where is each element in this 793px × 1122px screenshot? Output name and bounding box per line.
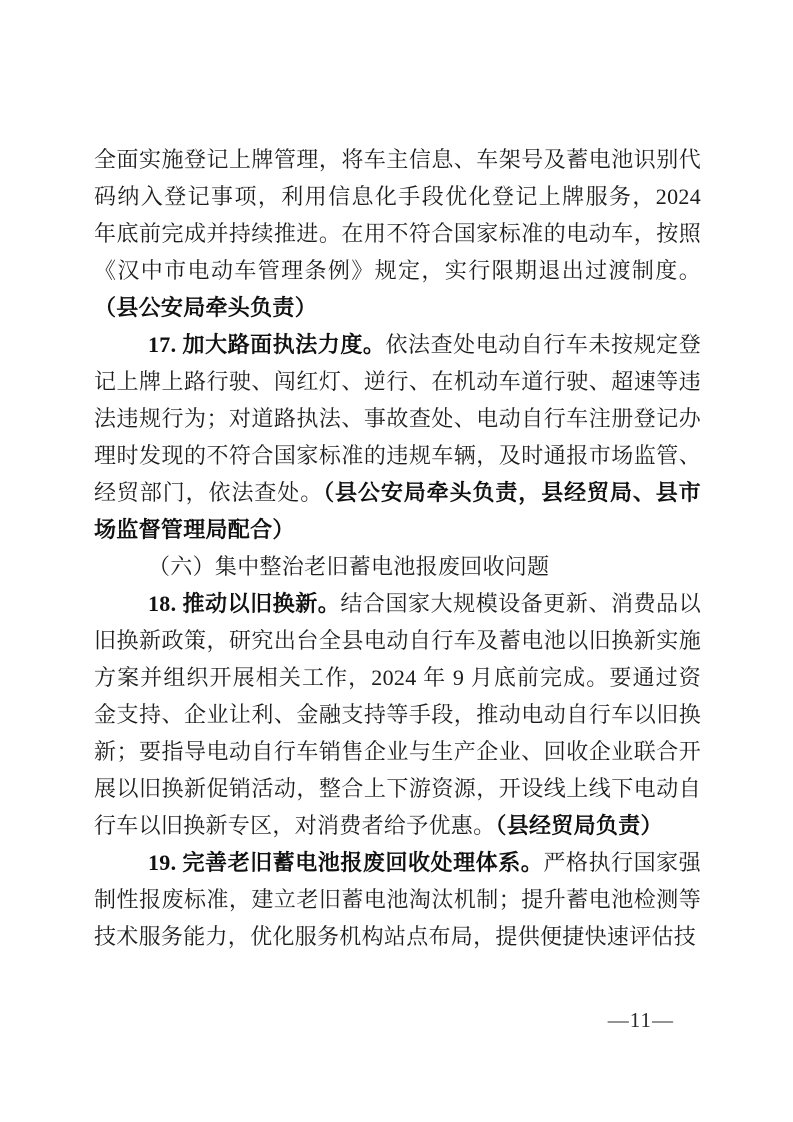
paragraph-continuation: 全面实施登记上牌管理，将车主信息、车架号及蓄电池识别代码纳入登记事项，利用信息化… [94,141,701,326]
item-19-title: 19. 完善老旧蓄电池报废回收处理体系。 [148,850,543,875]
item-17-title: 17. 加大路面执法力度。 [148,332,385,357]
section-heading-6: （六）集中整治老旧蓄电池报废回收问题 [94,548,701,585]
section-heading-text: （六）集中整治老旧蓄电池报废回收问题 [148,554,549,579]
body-text-run: 结合国家大规模设备更新、消费品以旧换新政策，研究出台全县电动自行车及蓄电池以旧换… [94,591,701,838]
document-body: 全面实施登记上牌管理，将车主信息、车架号及蓄电池识别代码纳入登记事项，利用信息化… [94,141,701,955]
item-18-title: 18. 推动以旧换新。 [148,591,340,616]
page-number: —11— [94,1006,701,1034]
document-page: 全面实施登记上牌管理，将车主信息、车架号及蓄电池识别代码纳入登记事项，利用信息化… [0,0,793,1122]
responsible-unit-annotation: （县公安局牵头负责） [94,295,317,320]
responsible-unit-annotation: （县经贸局负责） [495,813,662,838]
paragraph-item-19: 19. 完善老旧蓄电池报废回收处理体系。严格执行国家强制性报废标准，建立老旧蓄电… [94,844,701,955]
body-text-run: 全面实施登记上牌管理，将车主信息、车架号及蓄电池识别代码纳入登记事项，利用信息化… [94,147,701,283]
paragraph-item-17: 17. 加大路面执法力度。依法查处电动自行车未按规定登记上牌上路行驶、闯红灯、逆… [94,326,701,548]
paragraph-item-18: 18. 推动以旧换新。结合国家大规模设备更新、消费品以旧换新政策，研究出台全县电… [94,585,701,844]
